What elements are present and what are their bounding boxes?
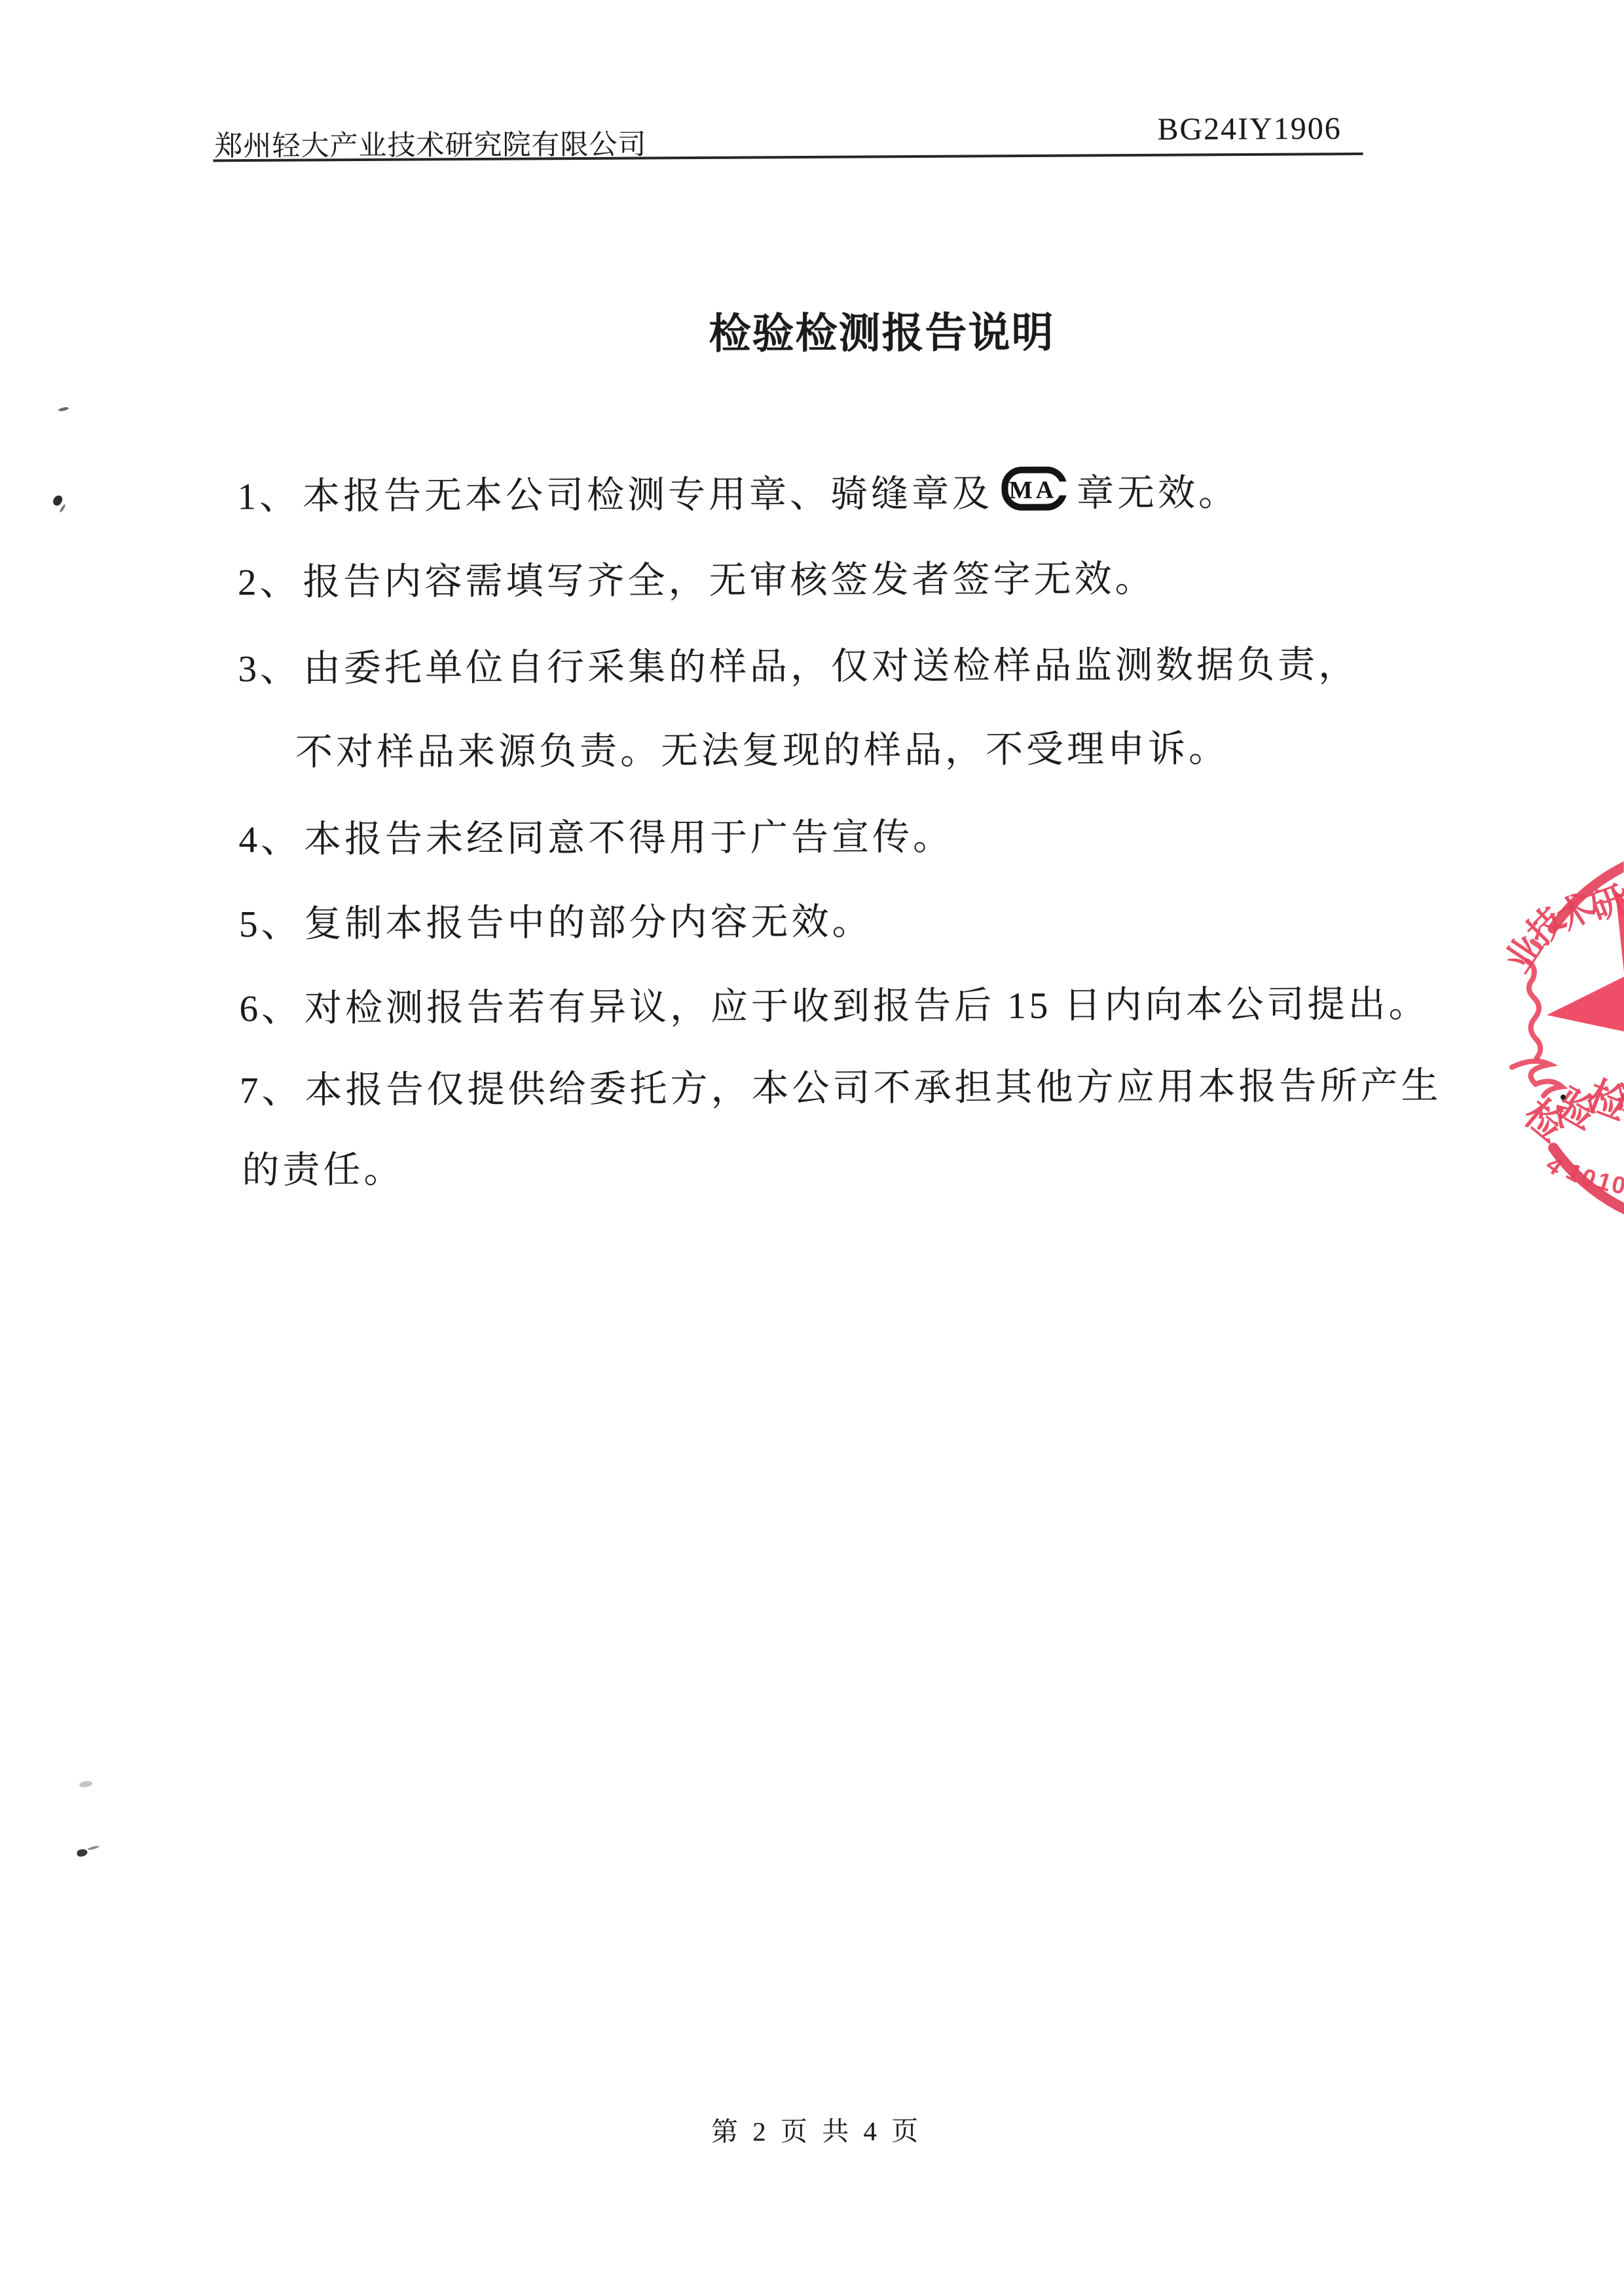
- note-2-number: 2、: [238, 552, 301, 606]
- header-report-number: BG24IY1906: [1157, 111, 1342, 147]
- cma-logo-icon: MA: [1001, 465, 1069, 511]
- scan-speck: [87, 1845, 99, 1850]
- note-7-text-line2: 的责任。: [242, 1139, 404, 1194]
- cma-logo: MA: [1001, 465, 1069, 520]
- svg-text:MA: MA: [1008, 477, 1056, 504]
- note-item-4: 4、 本报告未经同意不得用于广告宣传。: [238, 807, 953, 863]
- note-4-number: 4、: [238, 809, 301, 863]
- stamp-serial-digit: 4: [1542, 1152, 1567, 1179]
- note-1-text-pre: 本报告无本公司检测专用章、骑缝章及: [303, 464, 993, 520]
- note-4-text: 本报告未经同意不得用于广告宣传。: [304, 807, 953, 863]
- scan-speck: [59, 504, 66, 513]
- note-item-3: 3、 由委托单位自行采集的样品，仅对送检样品监测数据负责，: [238, 634, 1359, 693]
- note-item-1: 1、 本报告无本公司检测专用章、骑缝章及 MA 章无效。: [237, 462, 1239, 521]
- note-3-text-line2: 不对样品来源负责。无法复现的样品，不受理申诉。: [295, 719, 1229, 776]
- note-1-number: 1、: [237, 466, 300, 520]
- scanned-report-page: { "header": { "company": "郑州轻大产业技术研究院有限公…: [0, 0, 1624, 2295]
- note-3-number: 3、: [238, 638, 301, 692]
- page-title: 检验检测报告说明: [709, 299, 1054, 361]
- note-1-text-post: 章无效。: [1077, 462, 1239, 517]
- note-3-text-line1: 由委托单位自行采集的样品，仅对送检样品监测数据负责，: [303, 634, 1359, 692]
- note-item-6: 6、 对检测报告若有异议，应于收到报告后 15 日内向本公司提出。: [239, 974, 1429, 1032]
- note-7-number: 7、: [240, 1060, 303, 1114]
- note-6-text: 对检测报告若有异议，应于收到报告后 15 日内向本公司提出。: [304, 974, 1430, 1032]
- scan-speck: [58, 407, 69, 412]
- scan-speck: [77, 1848, 88, 1857]
- note-item-7: 7、 本报告仅提供给委托方，本公司不承担其他方应用本报告所产生: [240, 1056, 1442, 1114]
- note-6-number: 6、: [239, 978, 302, 1032]
- note-item-3-line2: 不对样品来源负责。无法复现的样品，不受理申诉。: [295, 719, 1229, 776]
- scan-speck: [52, 494, 63, 507]
- scan-speck: [79, 1780, 93, 1788]
- note-item-5: 5、 复制本报告中的部分内容无效。: [239, 892, 873, 948]
- note-7-text-line1: 本报告仅提供给委托方，本公司不承担其他方应用本报告所产生: [304, 1056, 1441, 1114]
- note-5-text: 复制本报告中的部分内容无效。: [304, 892, 872, 947]
- document-sheet: 郑州轻大产业技术研究院有限公司 BG24IY1906 检验检测报告说明 1、 本…: [0, 0, 1624, 2295]
- note-item-2: 2、 报告内容需填写齐全，无审核签发者签字无效。: [238, 549, 1156, 606]
- note-2-text: 报告内容需填写齐全，无审核签发者签字无效。: [303, 549, 1155, 606]
- page-number-footer: 第 2 页 共 4 页: [5, 2106, 1624, 2152]
- note-5-number: 5、: [239, 894, 302, 947]
- note-item-7-line2: 的责任。: [242, 1139, 404, 1194]
- scan-speck: [1560, 1095, 1566, 1100]
